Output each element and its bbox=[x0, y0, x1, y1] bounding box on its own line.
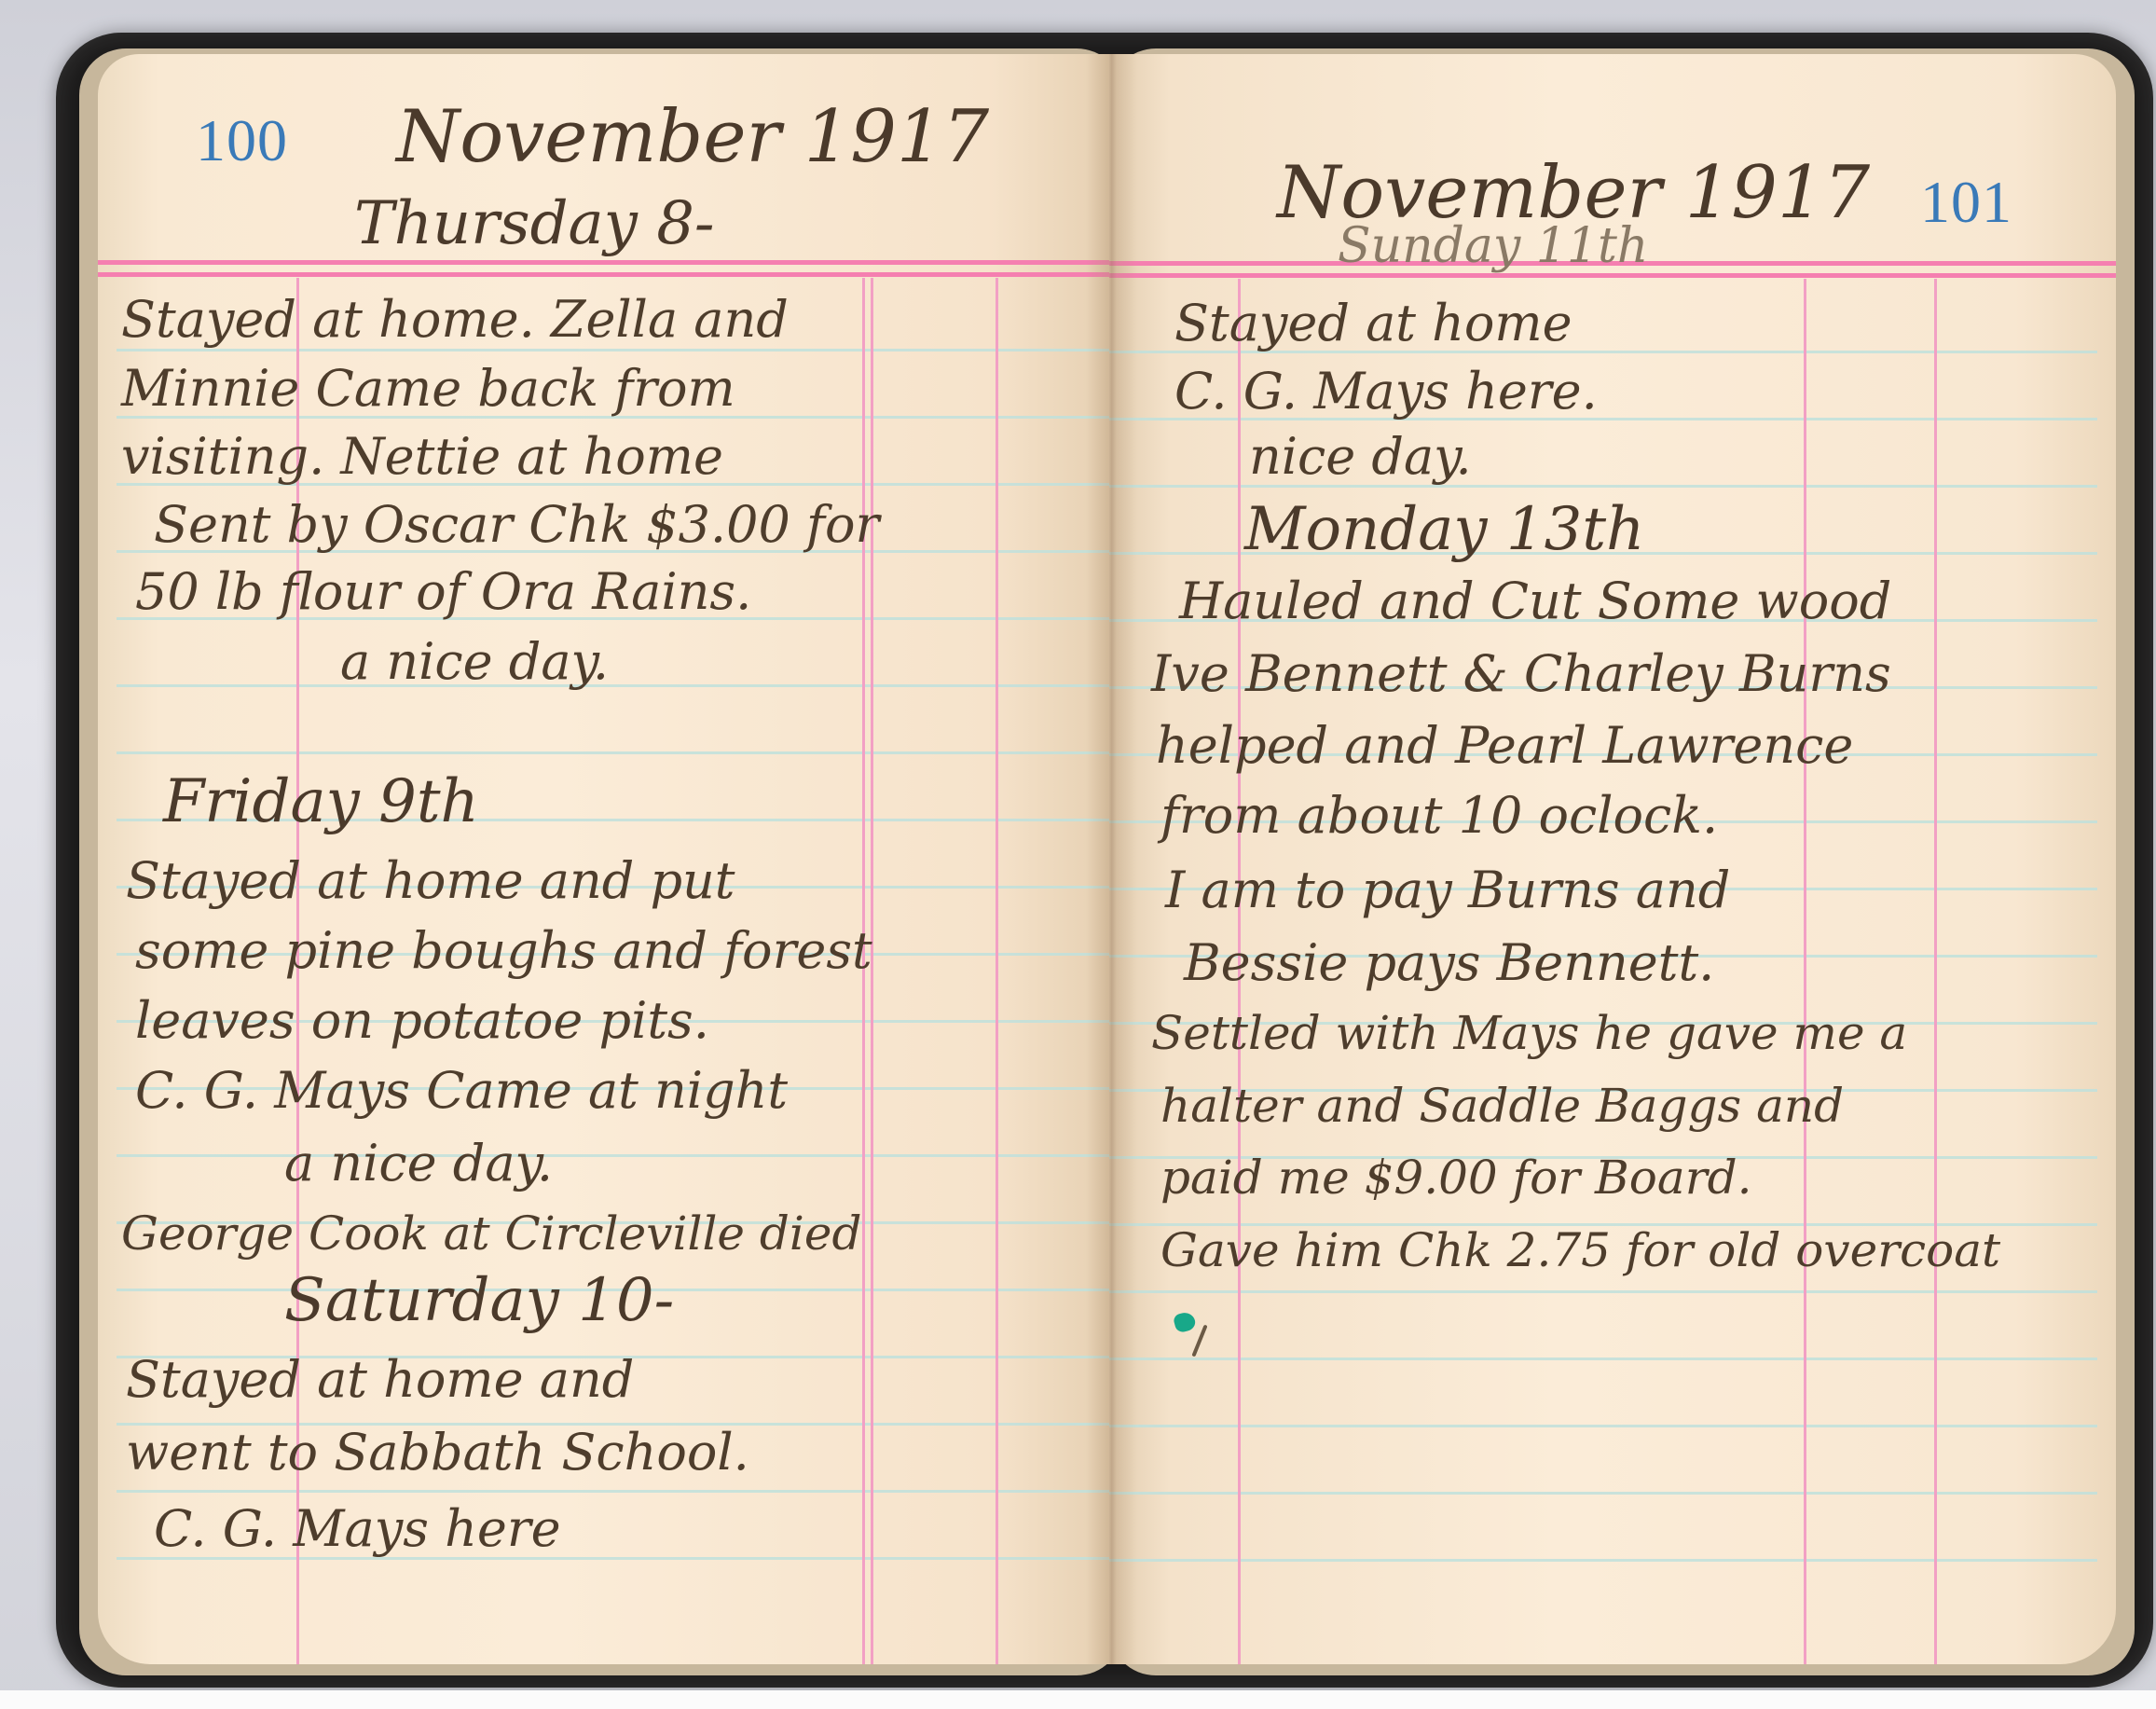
page-number: 101 bbox=[1920, 168, 2012, 237]
entry-line: Minnie Came back from bbox=[121, 364, 735, 414]
entry-line: C. G. Mays Came at night bbox=[135, 1066, 788, 1116]
entry-line: Settled with Mays he gave me a bbox=[1151, 1010, 1907, 1056]
entry-line: halter and Saddle Baggs and bbox=[1160, 1082, 1844, 1129]
entry-line: helped and Pearl Lawrence bbox=[1156, 721, 1853, 771]
left-page: 100 November 1917 Thursday 8- Stayed at … bbox=[98, 54, 1109, 1664]
entry-line: a nice day. bbox=[340, 637, 609, 687]
day-heading-monday: Monday 13th bbox=[1244, 500, 1644, 559]
day-heading-thursday: Thursday 8- bbox=[354, 194, 715, 254]
pen-mark bbox=[1191, 1325, 1207, 1358]
header-rule-top bbox=[98, 260, 1109, 265]
entry-line: leaves on potatoe pits. bbox=[135, 996, 709, 1046]
day-heading-friday: Friday 9th bbox=[163, 772, 479, 832]
header-rule-bottom bbox=[98, 272, 1109, 277]
entry-line: paid me $9.00 for Board. bbox=[1160, 1154, 1752, 1201]
day-heading-saturday: Saturday 10- bbox=[284, 1271, 674, 1330]
entry-line: from about 10 oclock. bbox=[1160, 791, 1718, 841]
entry-line: C. G. Mays here. bbox=[1174, 366, 1598, 417]
entry-line: I am to pay Burns and bbox=[1165, 865, 1730, 916]
entry-line: Hauled and Cut Some wood bbox=[1179, 576, 1891, 627]
green-ink-spot bbox=[1173, 1310, 1197, 1333]
entry-line: Stayed at home. Zella and bbox=[121, 295, 789, 345]
entry-line: visiting. Nettie at home bbox=[121, 432, 723, 482]
right-page: 101 November 1917 Sunday 11th Stayed at … bbox=[1109, 54, 2116, 1664]
page-number: 100 bbox=[196, 106, 288, 175]
entry-line: Sent by Oscar Chk $3.00 for bbox=[154, 500, 879, 550]
entry-line: a nice day. bbox=[284, 1138, 553, 1189]
entry-line: Stayed at home bbox=[1174, 298, 1572, 349]
entry-line: 50 lb flour of Ora Rains. bbox=[135, 567, 751, 617]
month-heading: November 1917 bbox=[396, 101, 989, 173]
entry-line: Gave him Chk 2.75 for old overcoat bbox=[1160, 1227, 2000, 1274]
entry-line: C. G. Mays here bbox=[154, 1504, 561, 1554]
entry-line: went to Sabbath School. bbox=[126, 1427, 749, 1478]
entry-line: George Cook at Circleville died bbox=[121, 1210, 862, 1257]
entry-line: some pine boughs and forest bbox=[135, 926, 872, 976]
column-rule-b bbox=[1934, 279, 1937, 1664]
column-rule-a bbox=[1804, 279, 1806, 1664]
entry-line: Stayed at home and put bbox=[126, 856, 735, 906]
entry-line: Bessie pays Bennett. bbox=[1184, 938, 1714, 988]
column-rule bbox=[996, 278, 998, 1664]
scan-bottom-edge bbox=[0, 1690, 2156, 1709]
entry-line: Ive Bennett & Charley Burns bbox=[1151, 649, 1891, 699]
day-heading-sunday: Sunday 11th bbox=[1338, 222, 1648, 270]
entry-line: nice day. bbox=[1249, 432, 1472, 482]
entry-line: Stayed at home and bbox=[126, 1355, 634, 1405]
